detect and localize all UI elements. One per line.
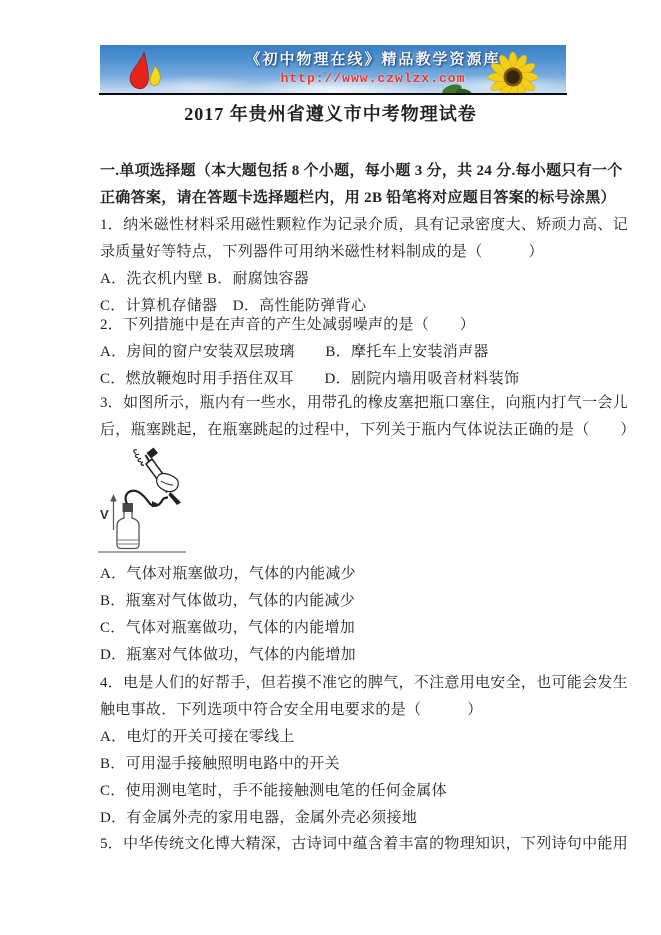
section-heading-line: 正确答案，请在答题卡选择题栏内，用 2B 铅笔将对应题目答案的标号涂黑） <box>100 185 570 212</box>
bottle-icon <box>117 503 139 549</box>
question-3-stem: 3．如图所示，瓶内有一些水，用带孔的橡皮塞把瓶口塞住，向瓶内打气一会儿 后，瓶塞… <box>100 390 570 444</box>
question-4: 4．电是人们的好帮手，但若摸不准它的脾气，不注意用电安全，也可能会发生 触电事故… <box>100 670 570 832</box>
question-3-option-c: C．气体对瓶塞做功，气体的内能增加 <box>100 615 570 642</box>
question-4-stem-line: 4．电是人们的好帮手，但若摸不准它的脾气，不注意用电安全，也可能会发生 <box>100 670 570 697</box>
section-heading-line: 一.单项选择题（本大题包括 8 个小题，每小题 3 分，共 24 分.每小题只有… <box>100 158 570 185</box>
question-1-options-ab: A．洗衣机内壁 B．耐腐蚀容器 <box>100 266 570 293</box>
question-1: 1．纳米磁性材料采用磁性颗粒作为记录介质，具有记录密度大、矫顽力高、记 录质量好… <box>100 212 570 320</box>
question-5: 5．中华传统文化博大精深，古诗词中蕴含着丰富的物理知识，下列诗句中能用 <box>100 831 570 858</box>
sunflower-icon <box>430 47 550 93</box>
page-title: 2017 年贵州省遵义市中考物理试卷 <box>0 100 661 126</box>
question-4-option-b: B．可用湿手接触照明电路中的开关 <box>100 751 570 778</box>
question-3-option-d: D．瓶塞对气体做功，气体的内能增加 <box>100 642 570 669</box>
banner-divider <box>99 93 567 95</box>
question-1-stem-line: 录质量好等特点，下列器件可用纳米磁性材料制成的是（ ） <box>100 239 570 266</box>
question-3-figure: V <box>97 441 187 556</box>
question-3-option-a: A．气体对瓶塞做功，气体的内能减少 <box>100 561 570 588</box>
question-3-options: A．气体对瓶塞做功，气体的内能减少 B．瓶塞对气体做功，气体的内能减少 C．气体… <box>100 561 570 669</box>
question-4-option-d: D．有金属外壳的家用电器，金属外壳必须接地 <box>100 805 570 832</box>
question-5-stem-line: 5．中华传统文化博大精深，古诗词中蕴含着丰富的物理知识，下列诗句中能用 <box>100 831 570 858</box>
question-2-options-cd: C．燃放鞭炮时用手捂住双耳 D．剧院内墙用吸音材料装饰 <box>100 366 570 393</box>
question-2-stem-line: 2．下列措施中是在声音的产生处减弱噪声的是（ ） <box>100 312 570 339</box>
question-4-stem-line: 触电事故．下列选项中符合安全用电要求的是（ ） <box>100 697 570 724</box>
question-4-option-a: A．电灯的开关可接在零线上 <box>100 724 570 751</box>
question-2: 2．下列措施中是在声音的产生处减弱噪声的是（ ） A．房间的窗户安装双层玻璃 B… <box>100 312 570 393</box>
section-heading: 一.单项选择题（本大题包括 8 个小题，每小题 3 分，共 24 分.每小题只有… <box>100 158 570 212</box>
question-4-option-c: C．使用测电笔时，手不能接触测电笔的任何金属体 <box>100 778 570 805</box>
question-2-options-ab: A．房间的窗户安装双层玻璃 B．摩托车上安装消声器 <box>100 339 570 366</box>
question-3-stem-line: 后，瓶塞跳起，在瓶塞跳起的过程中，下列关于瓶内气体说法正确的是（ ） <box>100 417 570 444</box>
site-logo-icon <box>126 52 168 90</box>
site-banner: 《初中物理在线》精品教学资源库 http://www.czwlzx.com <box>100 45 566 93</box>
velocity-label: V <box>100 507 109 522</box>
air-pump-icon <box>134 448 181 506</box>
question-1-stem-line: 1．纳米磁性材料采用磁性颗粒作为记录介质，具有记录密度大、矫顽力高、记 <box>100 212 570 239</box>
question-3-option-b: B．瓶塞对气体做功，气体的内能减少 <box>100 588 570 615</box>
question-3-stem-line: 3．如图所示，瓶内有一些水，用带孔的橡皮塞把瓶口塞住，向瓶内打气一会儿 <box>100 390 570 417</box>
velocity-arrow: V <box>100 494 117 530</box>
